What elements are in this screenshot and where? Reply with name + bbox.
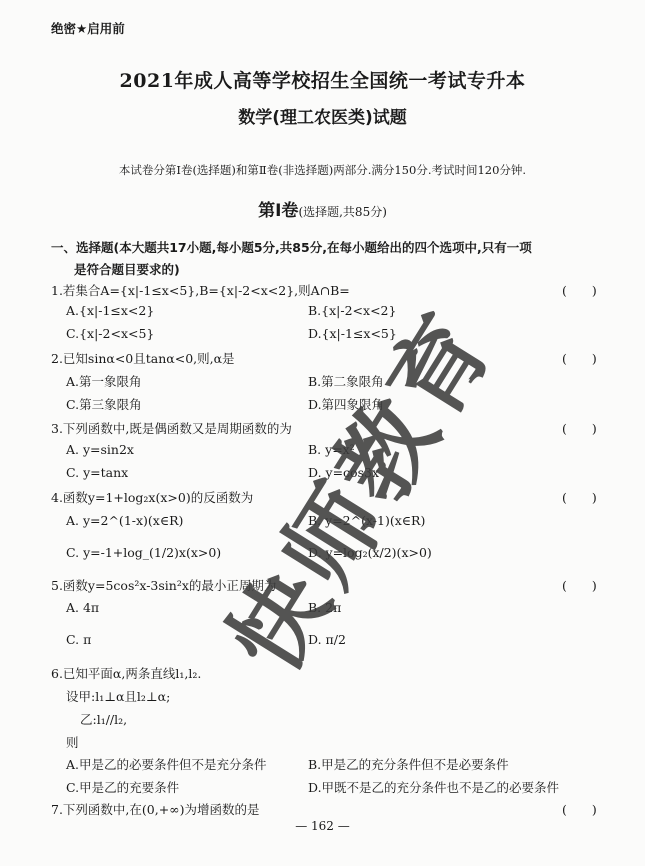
q3-option-b: B. y=x²	[308, 442, 355, 457]
question-5-stem: 5.函数y=5cos²x-3sin²x的最小正周期为	[51, 576, 276, 594]
answer-paren: ( )	[562, 349, 597, 367]
q6-condition-yi: 乙:l₁//l₂,	[80, 710, 127, 728]
q2-option-d: D.第四象限角	[308, 395, 384, 413]
q1-option-b: B.{x|-2<x<2}	[308, 303, 396, 318]
confidential-label: 绝密★启用前	[51, 19, 125, 37]
answer-paren: ( )	[562, 488, 597, 506]
q4-option-c: C. y=-1+log_(1/2)x(x>0)	[66, 545, 221, 560]
question-7-stem: 7.下列函数中,在(0,+∞)为增函数的是	[51, 800, 259, 818]
q1-option-d: D.{x|-1≤x<5}	[308, 326, 397, 341]
question-3-stem: 3.下列函数中,既是偶函数又是周期函数的为	[51, 419, 292, 437]
exam-title: 2021年成人高等学校招生全国统一考试专升本	[0, 66, 645, 93]
answer-paren: ( )	[562, 576, 597, 594]
answer-paren: ( )	[562, 281, 597, 299]
q4-option-a: A. y=2^(1-x)(x∈R)	[66, 513, 183, 528]
q5-option-c: C. π	[66, 632, 91, 647]
section-heading: 一、选择题(本大题共17小题,每小题5分,共85分,在每小题给出的四个选项中,只…	[51, 238, 532, 256]
part-title: 第Ⅰ卷	[258, 201, 298, 221]
q3-option-d: D. y=cos3x	[308, 465, 379, 480]
q6-option-c: C.甲是乙的充要条件	[66, 778, 179, 796]
q4-option-b: B. y=2^(x-1)(x∈R)	[308, 513, 425, 528]
question-6-stem: 6.已知平面α,两条直线l₁,l₂.	[51, 664, 201, 682]
q2-option-a: A.第一象限角	[66, 372, 142, 390]
q3-option-c: C. y=tanx	[66, 465, 128, 480]
q3-option-a: A. y=sin2x	[66, 442, 134, 457]
q5-option-d: D. π/2	[308, 632, 346, 647]
question-2-stem: 2.已知sinα<0且tanα<0,则,α是	[51, 349, 235, 367]
q4-option-d: D. y=log₂(x/2)(x>0)	[308, 545, 432, 560]
q1-option-c: C.{x|-2<x<5}	[66, 326, 154, 341]
page-number: — 162 —	[0, 819, 645, 833]
q6-then: 则	[66, 733, 79, 751]
part-heading: 第Ⅰ卷(选择题,共85分)	[0, 196, 645, 221]
answer-paren: ( )	[562, 419, 597, 437]
q5-option-b: B. 2π	[308, 600, 341, 615]
q6-option-d: D.甲既不是乙的充分条件也不是乙的必要条件	[308, 778, 559, 796]
question-1-stem: 1.若集合A={x|-1≤x<5},B={x|-2<x<2},则A∩B=	[51, 281, 350, 299]
q5-option-a: A. 4π	[66, 600, 99, 615]
question-4-stem: 4.函数y=1+log₂x(x>0)的反函数为	[51, 488, 253, 506]
q2-option-c: C.第三象限角	[66, 395, 142, 413]
section-heading-cont: 是符合题目要求的)	[74, 260, 180, 278]
q6-option-a: A.甲是乙的必要条件但不是充分条件	[66, 755, 267, 773]
q2-option-b: B.第二象限角	[308, 372, 384, 390]
q6-option-b: B.甲是乙的充分条件但不是必要条件	[308, 755, 509, 773]
exam-intro: 本试卷分第Ⅰ卷(选择题)和第Ⅱ卷(非选择题)两部分.满分150分.考试时间120…	[0, 162, 645, 178]
answer-paren: ( )	[562, 800, 597, 818]
q1-option-a: A.{x|-1≤x<2}	[66, 303, 154, 318]
part-note: (选择题,共85分)	[298, 205, 386, 219]
exam-subtitle: 数学(理工农医类)试题	[0, 103, 645, 128]
q6-condition-jia: 设甲:l₁⊥α且l₂⊥α;	[66, 687, 170, 705]
